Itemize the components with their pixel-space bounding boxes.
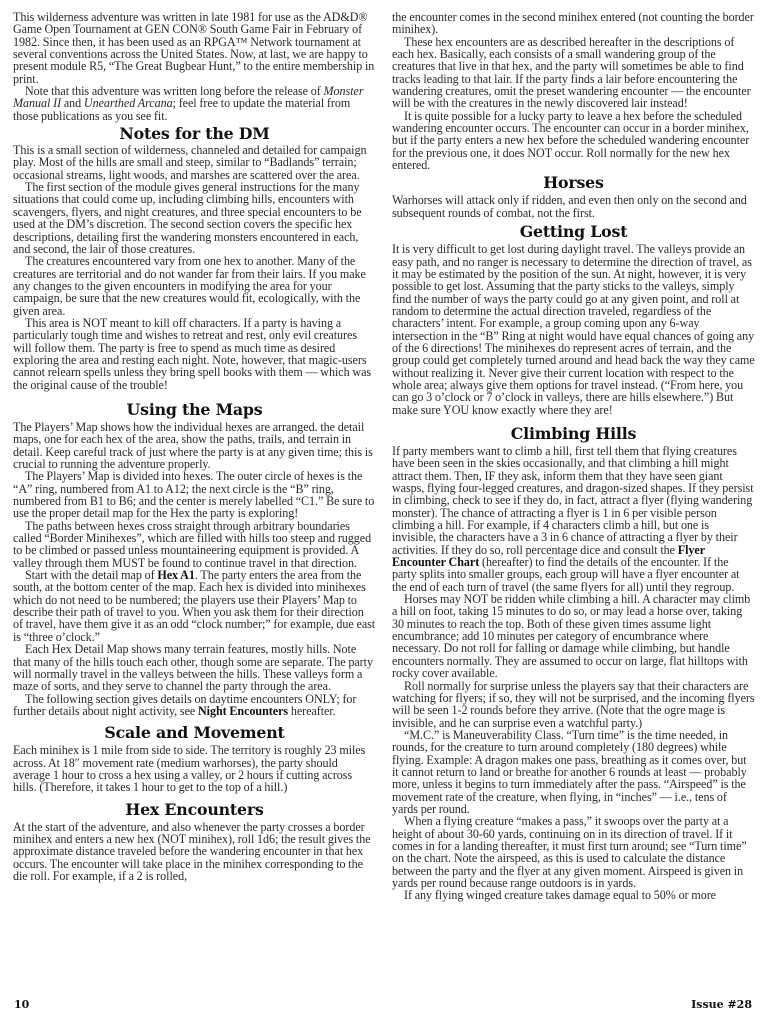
paragraph: The following section gives details on d…	[13, 693, 376, 718]
text-run: hereafter.	[288, 704, 336, 718]
paragraph: At the start of the adventure, and also …	[13, 821, 376, 883]
intro-note-paragraph: Note that this adventure was written lon…	[13, 85, 376, 122]
paragraph: Horses may NOT be ridden while climbing …	[392, 593, 755, 679]
paragraph: Each Hex Detail Map shows many terrain f…	[13, 643, 376, 692]
paragraph: Start with the detail map of Hex A1. The…	[13, 569, 376, 643]
right-column: the encounter comes in the second minihe…	[392, 11, 755, 902]
paragraph: If party members want to climb a hill, f…	[392, 445, 755, 593]
paragraph: Roll normally for surprise unless the pl…	[392, 680, 755, 729]
paragraph: The Players’ Map shows how the individua…	[13, 421, 376, 470]
paragraph: It is very difficult to get lost during …	[392, 243, 755, 416]
heading-climbing-hills: Climbing Hills	[392, 424, 755, 443]
paragraph: the encounter comes in the second minihe…	[392, 11, 755, 36]
text-run: If party members want to climb a hill, f…	[392, 444, 754, 557]
paragraph: If any flying winged creature takes dama…	[392, 889, 755, 901]
paragraph: The paths between hexes cross straight t…	[13, 520, 376, 569]
paragraph: The creatures encountered vary from one …	[13, 255, 376, 317]
paragraph: It is quite possible for a lucky party t…	[392, 110, 755, 172]
paragraph: This is a small section of wilderness, c…	[13, 144, 376, 181]
paragraph: The first section of the module gives ge…	[13, 181, 376, 255]
heading-using-the-maps: Using the Maps	[13, 400, 376, 419]
heading-getting-lost: Getting Lost	[392, 222, 755, 241]
page-number: 10	[14, 998, 29, 1011]
paragraph: When a flying creature “makes a pass,” i…	[392, 815, 755, 889]
heading-horses: Horses	[392, 173, 755, 192]
paragraph: The Players’ Map is divided into hexes. …	[13, 470, 376, 519]
paragraph: Warhorses will attack only if ridden, an…	[392, 194, 755, 219]
heading-hex-encounters: Hex Encounters	[13, 800, 376, 819]
left-column: This wilderness adventure was written in…	[13, 11, 376, 882]
night-encounters-reference: Night Encounters	[198, 704, 288, 718]
intro-paragraph: This wilderness adventure was written in…	[13, 11, 376, 85]
paragraph: Each minihex is 1 mile from side to side…	[13, 744, 376, 793]
paragraph: These hex encounters are as described he…	[392, 36, 755, 110]
paragraph: “M.C.” is Maneuverability Class. “Turn t…	[392, 729, 755, 815]
heading-notes-for-dm: Notes for the DM	[13, 124, 376, 143]
paragraph: This area is NOT meant to kill off chara…	[13, 317, 376, 391]
heading-scale-and-movement: Scale and Movement	[13, 723, 376, 742]
issue-number: Issue #28	[691, 998, 752, 1011]
